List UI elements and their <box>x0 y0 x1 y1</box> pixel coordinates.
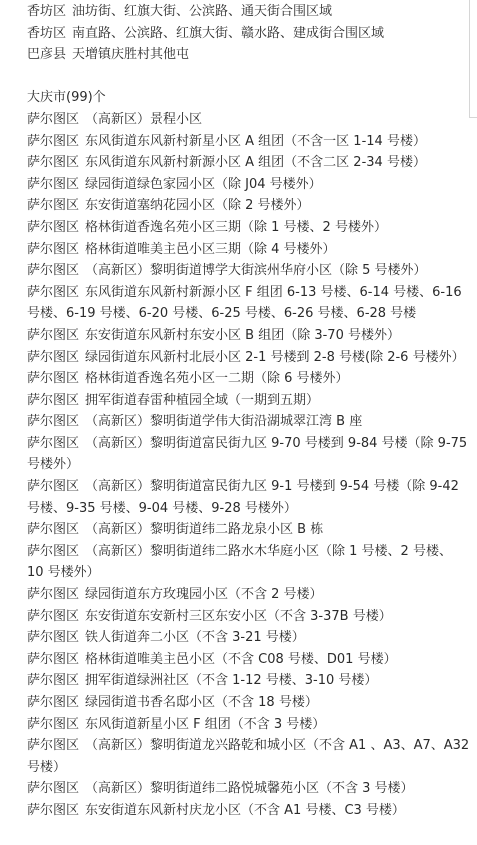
blank-line <box>27 66 467 88</box>
area-description: 拥军街道绿洲社区（不含 1-12 号楼、3-10 号楼） <box>85 673 377 688</box>
list-item-continuation: 号楼、9-35 号楼、9-04 号楼、9-28 号楼外） <box>27 498 467 520</box>
list-item: 萨尔图区拥军街道春雷种植园全域（一期到五期） <box>27 390 467 412</box>
area-description: 拥军街道春雷种植园全域（一期到五期） <box>85 393 319 408</box>
district-name: 萨尔图区 <box>27 673 79 688</box>
area-description: 东风街道东风新村新星小区 A 组团（不含一区 1-14 号楼） <box>85 134 426 149</box>
district-name: 香坊区 <box>27 4 66 19</box>
list-item: 萨尔图区（高新区）景程小区 <box>27 109 467 131</box>
list-item: 萨尔图区东安街道东风新村庆龙小区（不含 A1 号楼、C3 号楼） <box>27 800 467 822</box>
district-name: 巴彦县 <box>27 47 66 62</box>
district-name: 萨尔图区 <box>27 781 79 796</box>
list-item-continuation: 号楼、6-19 号楼、6-20 号楼、6-25 号楼、6-26 号楼、6-28 … <box>27 303 467 325</box>
district-name: 萨尔图区 <box>27 609 79 624</box>
area-description: 东安街道塞纳花园小区（除 2 号楼外） <box>85 198 310 213</box>
area-description: （高新区）黎明街道富民街九区 9-70 号楼到 9-84 号楼（除 9-75 <box>85 436 467 451</box>
district-name: 萨尔图区 <box>27 522 79 537</box>
list-item: 萨尔图区（高新区）黎明街道博学大街滨州华府小区（除 5 号楼外） <box>27 260 467 282</box>
district-name: 萨尔图区 <box>27 285 79 300</box>
list-item: 萨尔图区铁人街道奔二小区（不含 3-21 号楼） <box>27 627 467 649</box>
district-name: 萨尔图区 <box>27 738 79 753</box>
list-item: 萨尔图区东风街道东风新村新星小区 A 组团（不含一区 1-14 号楼） <box>27 131 467 153</box>
district-name: 萨尔图区 <box>27 198 79 213</box>
area-description: 格林街道唯美主邑小区（不含 C08 号楼、D01 号楼） <box>85 652 397 667</box>
list-item: 萨尔图区东风街道东风新村新源小区 A 组团（不含二区 2-34 号楼） <box>27 152 467 174</box>
list-item: 萨尔图区格林街道唯美主邑小区三期（除 4 号楼外） <box>27 239 467 261</box>
district-name: 萨尔图区 <box>27 717 79 732</box>
area-description: 绿园街道东风新村北辰小区 2-1 号楼到 2-8 号楼(除 2-6 号楼外） <box>85 350 465 365</box>
list-item: 萨尔图区东安街道东安新村三区东安小区（不含 3-37B 号楼） <box>27 606 467 628</box>
district-name: 萨尔图区 <box>27 263 79 278</box>
list-item: 萨尔图区绿园街道绿色家园小区（除 J04 号楼外） <box>27 174 467 196</box>
page-edge-divider <box>469 0 470 118</box>
district-name: 萨尔图区 <box>27 134 79 149</box>
list-item: 萨尔图区（高新区）黎明街道纬二路水木华庭小区（除 1 号楼、2 号楼、 <box>27 541 467 563</box>
area-description: 绿园街道东方玫瑰园小区（不含 2 号楼） <box>85 587 323 602</box>
list-item: 萨尔图区（高新区）黎明街道富民街九区 9-1 号楼到 9-54 号楼（除 9-4… <box>27 476 467 498</box>
list-item-continuation: 号楼） <box>27 757 467 779</box>
area-description: （高新区）黎明街道富民街九区 9-1 号楼到 9-54 号楼（除 9-42 <box>85 479 459 494</box>
district-name: 萨尔图区 <box>27 630 79 645</box>
daqing-list: 萨尔图区（高新区）景程小区萨尔图区东风街道东风新村新星小区 A 组团（不含一区 … <box>27 109 467 822</box>
district-name: 萨尔图区 <box>27 393 79 408</box>
district-name: 萨尔图区 <box>27 695 79 710</box>
area-description: （高新区）景程小区 <box>85 112 202 127</box>
list-item: 萨尔图区绿园街道东风新村北辰小区 2-1 号楼到 2-8 号楼(除 2-6 号楼… <box>27 347 467 369</box>
list-item: 萨尔图区拥军街道绿洲社区（不含 1-12 号楼、3-10 号楼） <box>27 670 467 692</box>
district-name: 萨尔图区 <box>27 436 79 451</box>
list-item-continuation: 号楼外） <box>27 454 467 476</box>
district-name: 香坊区 <box>27 26 66 41</box>
area-description: 东风街道新星小区 F 组团（不含 3 号楼） <box>85 717 325 732</box>
district-name: 萨尔图区 <box>27 155 79 170</box>
list-item-continuation: 10 号楼外） <box>27 562 467 584</box>
area-description: （高新区）黎明街道龙兴路乾和城小区（不含 A1 、A3、A7、A32 <box>85 738 469 753</box>
city-heading: 大庆市(99)个 <box>27 87 467 109</box>
list-item: 萨尔图区（高新区）黎明街道纬二路龙泉小区 B 栋 <box>27 519 467 541</box>
area-description: 东风街道东风新村新源小区 A 组团（不含二区 2-34 号楼） <box>85 155 426 170</box>
area-description: （高新区）黎明街道纬二路悦城馨苑小区（不含 3 号楼） <box>85 781 414 796</box>
area-description: 铁人街道奔二小区（不含 3-21 号楼） <box>85 630 305 645</box>
district-name: 萨尔图区 <box>27 803 79 818</box>
area-description: 油坊街、红旗大街、公滨路、通天街合围区域 <box>72 4 332 19</box>
district-name: 萨尔图区 <box>27 112 79 127</box>
area-description: 东安街道东风新村东安小区 B 组团（除 3-70 号楼外） <box>85 328 400 343</box>
area-description: 南直路、公滨路、红旗大街、赣水路、建成街合围区域 <box>72 26 384 41</box>
district-name: 萨尔图区 <box>27 544 79 559</box>
district-name: 萨尔图区 <box>27 414 79 429</box>
list-item: 萨尔图区（高新区）黎明街道富民街九区 9-70 号楼到 9-84 号楼（除 9-… <box>27 433 467 455</box>
list-item: 萨尔图区东风街道新星小区 F 组团（不含 3 号楼） <box>27 714 467 736</box>
area-description: 东安街道东风新村庆龙小区（不含 A1 号楼、C3 号楼） <box>85 803 405 818</box>
list-item: 萨尔图区格林街道香逸名苑小区一二期（除 6 号楼外） <box>27 368 467 390</box>
harbin-tail-list: 香坊区油坊街、红旗大街、公滨路、通天街合围区域香坊区南直路、公滨路、红旗大街、赣… <box>27 1 467 66</box>
list-item: 香坊区油坊街、红旗大街、公滨路、通天街合围区域 <box>27 1 467 23</box>
district-name: 萨尔图区 <box>27 242 79 257</box>
list-item: 萨尔图区绿园街道书香名邸小区（不含 18 号楼） <box>27 692 467 714</box>
area-description: （高新区）黎明街道纬二路水木华庭小区（除 1 号楼、2 号楼、 <box>85 544 452 559</box>
document-body: 香坊区油坊街、红旗大街、公滨路、通天街合围区域香坊区南直路、公滨路、红旗大街、赣… <box>27 1 467 822</box>
area-description: 格林街道唯美主邑小区三期（除 4 号楼外） <box>85 242 336 257</box>
area-description: （高新区）黎明街道纬二路龙泉小区 B 栋 <box>85 522 323 537</box>
area-description: （高新区）黎明街道学伟大街沿湖城翠江湾 B 座 <box>85 414 362 429</box>
area-description: 东安街道东安新村三区东安小区（不含 3-37B 号楼） <box>85 609 392 624</box>
district-name: 萨尔图区 <box>27 177 79 192</box>
area-description: 东风街道东风新村新源小区 F 组团 6-13 号楼、6-14 号楼、6-16 <box>85 285 462 300</box>
area-description: 绿园街道书香名邸小区（不含 18 号楼） <box>85 695 318 710</box>
district-name: 萨尔图区 <box>27 479 79 494</box>
list-item: 萨尔图区东安街道东风新村东安小区 B 组团（除 3-70 号楼外） <box>27 325 467 347</box>
list-item: 萨尔图区（高新区）黎明街道纬二路悦城馨苑小区（不含 3 号楼） <box>27 778 467 800</box>
district-name: 萨尔图区 <box>27 587 79 602</box>
district-name: 萨尔图区 <box>27 328 79 343</box>
area-description: 绿园街道绿色家园小区（除 J04 号楼外） <box>85 177 322 192</box>
page-edge-divider-foot <box>469 117 477 118</box>
area-description: 格林街道香逸名苑小区三期（除 1 号楼、2 号楼外） <box>85 220 387 235</box>
list-item: 萨尔图区绿园街道东方玫瑰园小区（不含 2 号楼） <box>27 584 467 606</box>
list-item: 萨尔图区（高新区）黎明街道龙兴路乾和城小区（不含 A1 、A3、A7、A32 <box>27 735 467 757</box>
district-name: 萨尔图区 <box>27 220 79 235</box>
district-name: 萨尔图区 <box>27 371 79 386</box>
district-name: 萨尔图区 <box>27 350 79 365</box>
area-description: （高新区）黎明街道博学大街滨州华府小区（除 5 号楼外） <box>85 263 427 278</box>
list-item: 巴彦县天增镇庆胜村其他屯 <box>27 44 467 66</box>
area-description: 格林街道香逸名苑小区一二期（除 6 号楼外） <box>85 371 349 386</box>
list-item: 萨尔图区东风街道东风新村新源小区 F 组团 6-13 号楼、6-14 号楼、6-… <box>27 282 467 304</box>
district-name: 萨尔图区 <box>27 652 79 667</box>
list-item: 香坊区南直路、公滨路、红旗大街、赣水路、建成街合围区域 <box>27 23 467 45</box>
area-description: 天增镇庆胜村其他屯 <box>72 47 189 62</box>
list-item: 萨尔图区格林街道唯美主邑小区（不含 C08 号楼、D01 号楼） <box>27 649 467 671</box>
list-item: 萨尔图区格林街道香逸名苑小区三期（除 1 号楼、2 号楼外） <box>27 217 467 239</box>
list-item: 萨尔图区东安街道塞纳花园小区（除 2 号楼外） <box>27 195 467 217</box>
list-item: 萨尔图区（高新区）黎明街道学伟大街沿湖城翠江湾 B 座 <box>27 411 467 433</box>
